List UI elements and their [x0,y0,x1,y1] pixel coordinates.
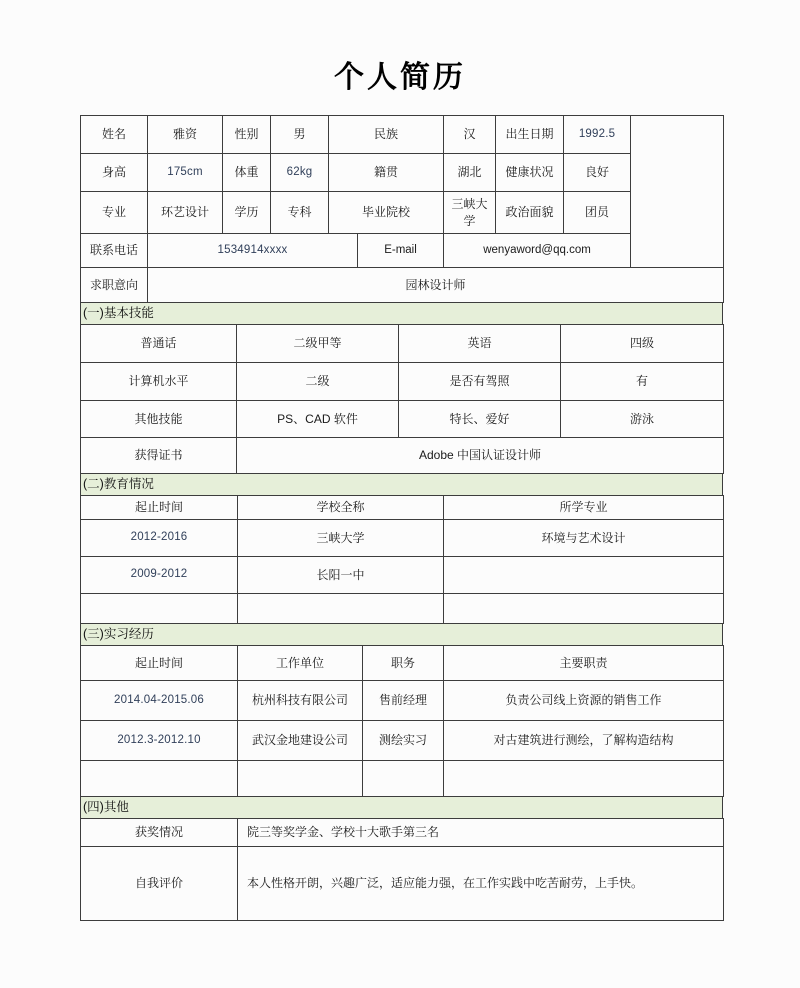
basic-skills-table: 普通话 二级甲等 英语 四级 计算机水平 二级 是否有驾照 有 其他技能 PS、… [80,324,724,474]
intern-position-value: 售前经理 [363,681,444,721]
height-value: 175cm [148,154,223,192]
email-label: E-mail [358,234,444,268]
intern-duty-value: 负责公司线上资源的销售工作 [444,681,724,721]
computer-level-value: 二级 [237,363,399,401]
driver-license-label: 是否有驾照 [399,363,561,401]
empty-cell [444,761,724,797]
table-row: 自我评价 本人性格开朗，兴趣广泛，适应能力强，在工作实践中吃苦耐劳，上手快。 [81,847,724,921]
self-evaluation-value: 本人性格开朗，兴趣广泛，适应能力强，在工作实践中吃苦耐劳，上手快。 [238,847,724,921]
intern-position-header: 职务 [363,646,444,681]
other-table: 获奖情况 院三等奖学金、学校十大歌手第三名 自我评价 本人性格开朗，兴趣广泛，适… [80,818,724,921]
weight-label: 体重 [223,154,271,192]
hobbies-value: 游泳 [561,401,724,438]
birth-label: 出生日期 [496,116,564,154]
empty-cell [444,594,724,624]
job-objective-value: 园林设计师 [148,268,724,303]
certificate-label: 获得证书 [81,438,237,474]
major-value: 环艺设计 [148,192,223,234]
native-place-value: 湖北 [444,154,496,192]
political-status-label: 政治面貌 [496,192,564,234]
computer-level-label: 计算机水平 [81,363,237,401]
edu-period-value: 2009-2012 [81,557,238,594]
other-skills-label: 其他技能 [81,401,237,438]
intern-duty-value: 对古建筑进行测绘，了解构造结构 [444,721,724,761]
other-skills-value: PS、CAD 软件 [237,401,399,438]
table-header-row: 起止时间 学校全称 所学专业 [81,496,724,520]
edu-major-header: 所学专业 [444,496,724,520]
political-status-value: 团员 [564,192,631,234]
native-place-label: 籍贯 [329,154,444,192]
gender-value: 男 [271,116,329,154]
driver-license-value: 有 [561,363,724,401]
edu-school-value: 三峡大学 [238,520,444,557]
awards-label: 获奖情况 [81,819,238,847]
empty-cell [363,761,444,797]
section-header-internship: (三)实习经历 [80,623,723,646]
hobbies-label: 特长、爱好 [399,401,561,438]
table-row: 计算机水平 二级 是否有驾照 有 [81,363,724,401]
edu-major-value: 环境与艺术设计 [444,520,724,557]
major-label: 专业 [81,192,148,234]
mandarin-value: 二级甲等 [237,325,399,363]
gender-label: 性别 [223,116,271,154]
edu-school-header: 学校全称 [238,496,444,520]
table-row: 其他技能 PS、CAD 软件 特长、爱好 游泳 [81,401,724,438]
degree-value: 专科 [271,192,329,234]
intern-period-value: 2014.04-2015.06 [81,681,238,721]
ethnic-value: 汉 [444,116,496,154]
edu-period-value: 2012-2016 [81,520,238,557]
edu-major-value [444,557,724,594]
empty-cell [81,594,238,624]
table-row: 姓名 雅资 性别 男 民族 汉 出生日期 1992.5 [81,116,724,154]
ethnic-label: 民族 [329,116,444,154]
education-table: 起止时间 学校全称 所学专业 2012-2016 三峡大学 环境与艺术设计 20… [80,495,724,624]
birth-value: 1992.5 [564,116,631,154]
phone-value: 1534914xxxx [148,234,358,268]
certificate-value: Adobe 中国认证设计师 [237,438,724,474]
intern-company-value: 杭州科技有限公司 [238,681,363,721]
internship-table: 起止时间 工作单位 职务 主要职责 2014.04-2015.06 杭州科技有限… [80,645,724,797]
intern-company-header: 工作单位 [238,646,363,681]
job-objective-label: 求职意向 [81,268,148,303]
edu-school-value: 长阳一中 [238,557,444,594]
intern-duty-header: 主要职责 [444,646,724,681]
table-row: 求职意向 园林设计师 [81,268,724,303]
table-header-row: 起止时间 工作单位 职务 主要职责 [81,646,724,681]
intern-period-header: 起止时间 [81,646,238,681]
section-header-other: (四)其他 [80,796,723,819]
degree-label: 学历 [223,192,271,234]
table-row: 身高 175cm 体重 62kg 籍贯 湖北 健康状况 良好 [81,154,724,192]
mandarin-label: 普通话 [81,325,237,363]
section-header-education: (二)教育情况 [80,473,723,496]
table-row: 普通话 二级甲等 英语 四级 [81,325,724,363]
weight-value: 62kg [271,154,329,192]
table-row: 2012-2016 三峡大学 环境与艺术设计 [81,520,724,557]
table-row: 专业 环艺设计 学历 专科 毕业院校 三峡大学 政治面貌 团员 [81,192,724,234]
empty-cell [238,594,444,624]
empty-cell [81,761,238,797]
english-value: 四级 [561,325,724,363]
height-label: 身高 [81,154,148,192]
intern-company-value: 武汉金地建设公司 [238,721,363,761]
graduate-school-label: 毕业院校 [329,192,444,234]
table-row [81,761,724,797]
intern-period-value: 2012.3-2012.10 [81,721,238,761]
awards-value: 院三等奖学金、学校十大歌手第三名 [238,819,724,847]
name-value: 雅资 [148,116,223,154]
table-row: 2009-2012 长阳一中 [81,557,724,594]
personal-info-table: 姓名 雅资 性别 男 民族 汉 出生日期 1992.5 身高 175cm 体重 … [80,115,724,303]
table-row: 获奖情况 院三等奖学金、学校十大歌手第三名 [81,819,724,847]
english-label: 英语 [399,325,561,363]
table-row: 联系电话 1534914xxxx E-mail wenyaword@qq.com [81,234,724,268]
table-row: 2014.04-2015.06 杭州科技有限公司 售前经理 负责公司线上资源的销… [81,681,724,721]
table-row [81,594,724,624]
section-header-basic-skills: (一)基本技能 [80,302,723,325]
health-label: 健康状况 [496,154,564,192]
intern-position-value: 测绘实习 [363,721,444,761]
health-value: 良好 [564,154,631,192]
page-title: 个人简历 [0,52,800,96]
name-label: 姓名 [81,116,148,154]
resume-table: 姓名 雅资 性别 男 民族 汉 出生日期 1992.5 身高 175cm 体重 … [80,115,723,921]
graduate-school-value: 三峡大学 [444,192,496,234]
self-evaluation-label: 自我评价 [81,847,238,921]
table-row: 2012.3-2012.10 武汉金地建设公司 测绘实习 对古建筑进行测绘，了解… [81,721,724,761]
edu-period-header: 起止时间 [81,496,238,520]
empty-cell [238,761,363,797]
table-row: 获得证书 Adobe 中国认证设计师 [81,438,724,474]
photo-placeholder-cell [631,116,724,268]
email-value: wenyaword@qq.com [444,234,631,268]
phone-label: 联系电话 [81,234,148,268]
